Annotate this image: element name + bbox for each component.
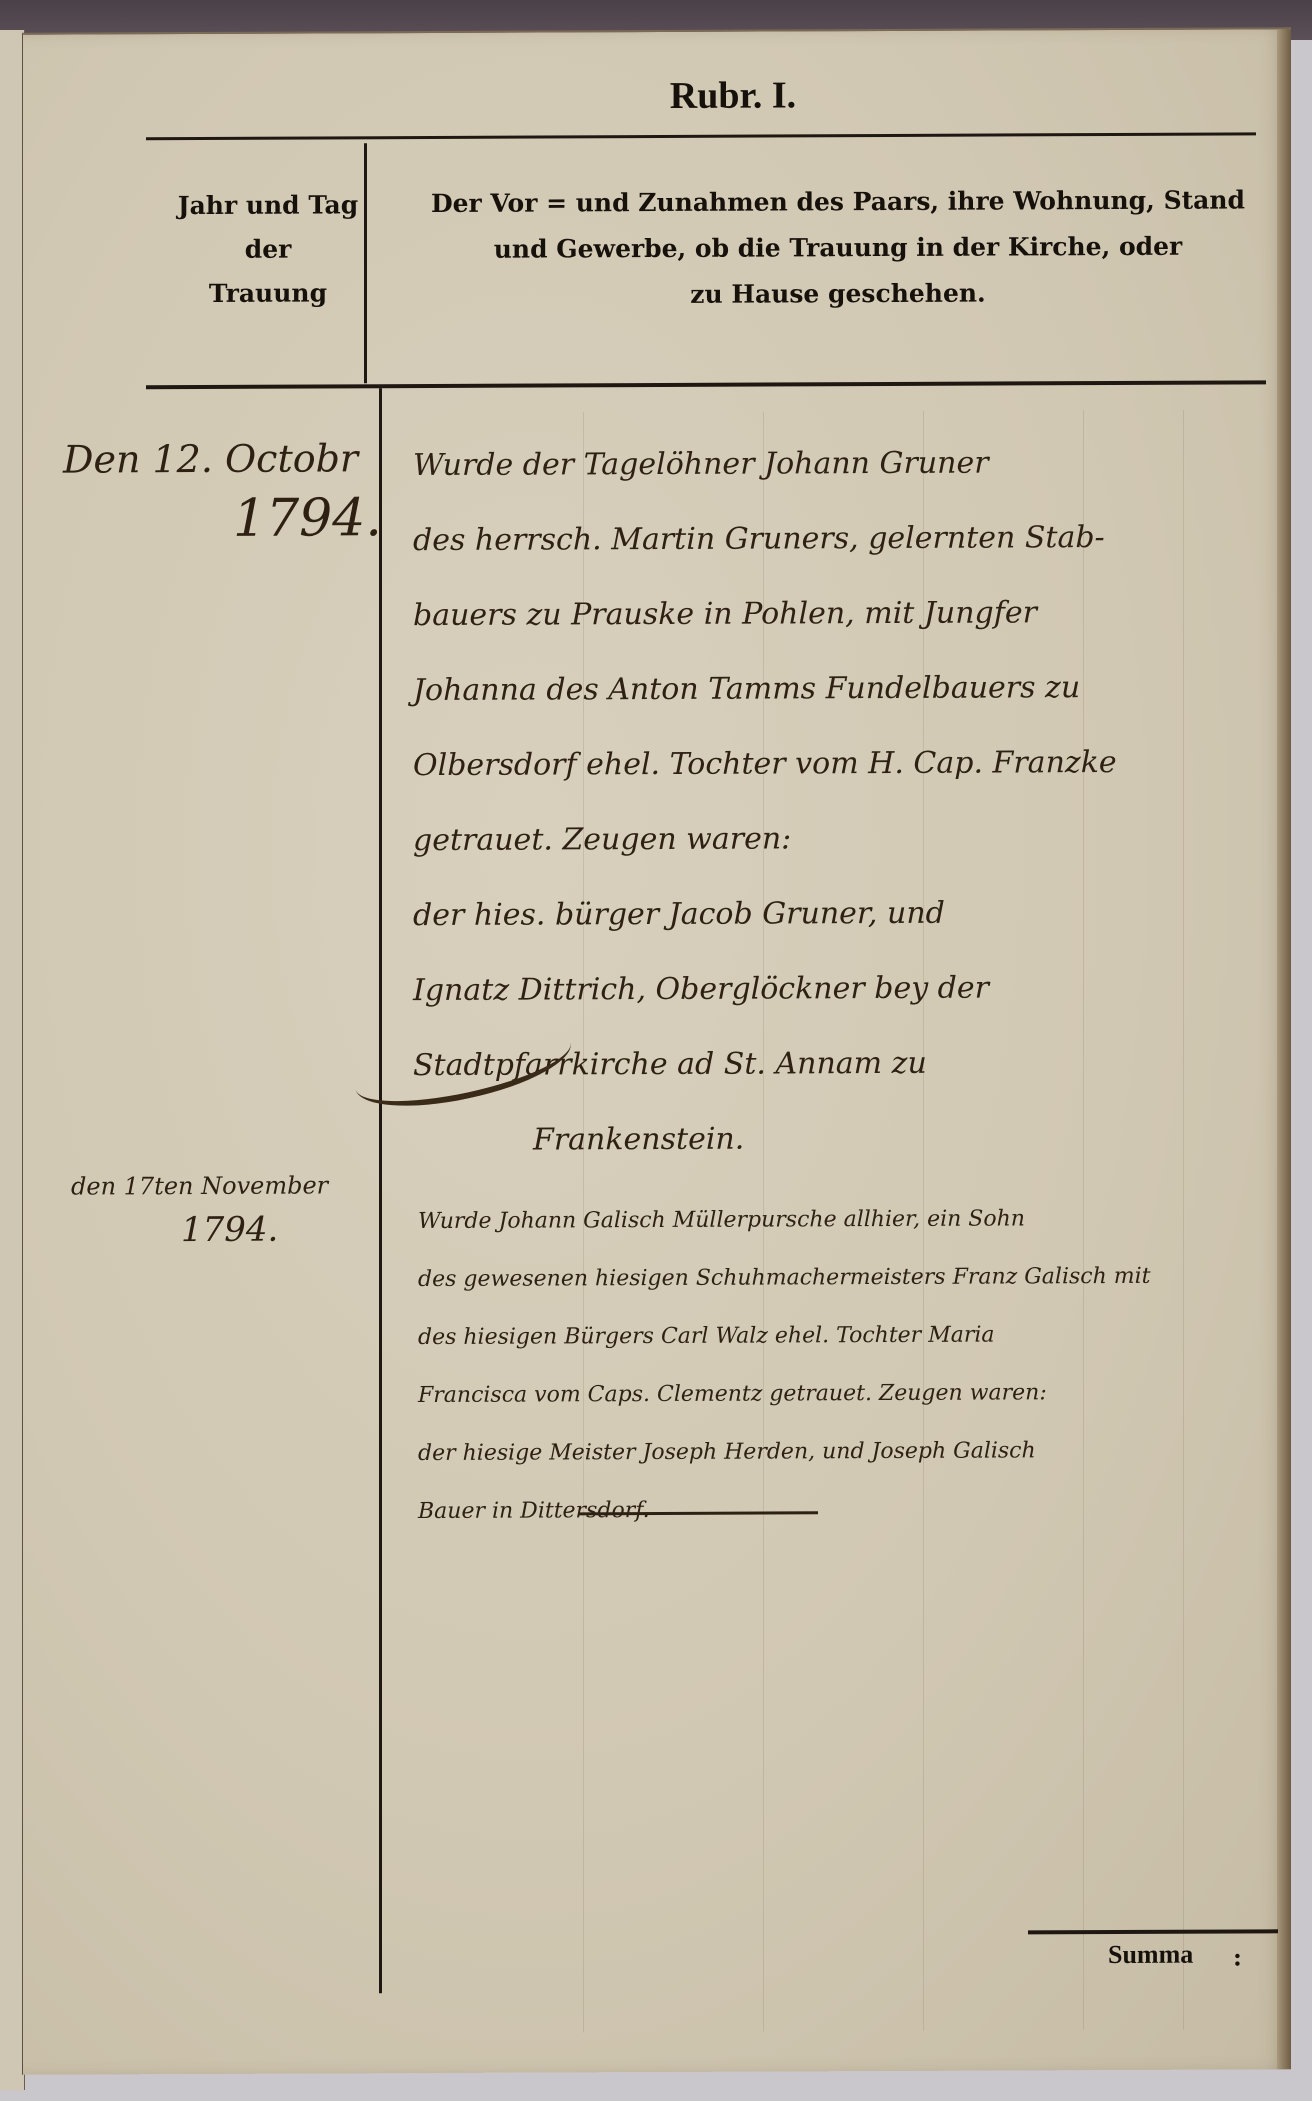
entry-date-day: Den 12. Octobr — [63, 436, 358, 481]
entry-line: Frankenstein. — [413, 1099, 1312, 1178]
entry-line: der hies. bürger Jacob Gruner, und — [413, 874, 1312, 953]
entry-date-year: 1794. — [71, 1207, 351, 1252]
entry-date-year: 1794. — [63, 488, 383, 549]
summa-rule — [1028, 1929, 1278, 1934]
entry-2-text: Wurde Johann Galisch Müllerpursche allhi… — [418, 1189, 1312, 1541]
entry-line: der hiesige Meister Joseph Herden, und J… — [418, 1421, 1312, 1483]
summa-value: : — [1233, 1942, 1242, 1971]
register-page: Rubr. I. Jahr und Tag der Trauung Der Vo… — [22, 27, 1291, 2075]
entry-line: des hiesigen Bürgers Carl Walz ehel. Toc… — [418, 1305, 1312, 1367]
entry-line: bauers zu Prauske in Pohlen, mit Jungfer — [413, 574, 1312, 653]
entry-line: Wurde Johann Galisch Müllerpursche allhi… — [418, 1189, 1312, 1251]
entry-line: Wurde der Tagelöhner Johann Gruner — [413, 424, 1312, 503]
entry-date-day: den 17ten November — [71, 1171, 328, 1200]
header-date-column: Jahr und Tag der Trauung — [148, 183, 388, 316]
entry-line: Francisca vom Caps. Clementz getrauet. Z… — [418, 1363, 1312, 1425]
page-title: Rubr. I. — [613, 73, 853, 118]
entry-line: des herrsch. Martin Gruners, gelernten S… — [413, 499, 1312, 578]
summa-label: Summa — [1108, 1940, 1193, 1970]
header-line: Der Vor = und Zunahmen des Paars, ihre W… — [408, 177, 1268, 227]
column-divider — [379, 388, 382, 1993]
entry-line: Olbersdorf ehel. Tochter vom H. Cap. Fra… — [413, 724, 1312, 803]
header-line: Trauung — [148, 271, 388, 316]
header-bottom-rule — [146, 380, 1266, 389]
entry-line: des gewesenen hiesigen Schuhmachermeiste… — [418, 1247, 1312, 1309]
entry-line: Johanna des Anton Tamms Fundelbauers zu — [413, 649, 1312, 728]
header-line: zu Hause geschehen. — [408, 269, 1268, 319]
header-names-column: Der Vor = und Zunahmen des Paars, ihre W… — [408, 177, 1268, 319]
header-top-rule — [146, 132, 1256, 140]
entry-1-date: Den 12. Octobr 1794. — [63, 428, 383, 549]
entry-line: Bauer in Dittersdorf. — [418, 1479, 1312, 1541]
header-line: und Gewerbe, ob die Trauung in der Kirch… — [408, 223, 1268, 273]
entry-2-date: den 17ten November 1794. — [71, 1163, 351, 1252]
header-line: Jahr und Tag — [148, 183, 388, 228]
header-line: der — [148, 227, 388, 272]
entry-line: getrauet. Zeugen waren: — [413, 799, 1312, 878]
